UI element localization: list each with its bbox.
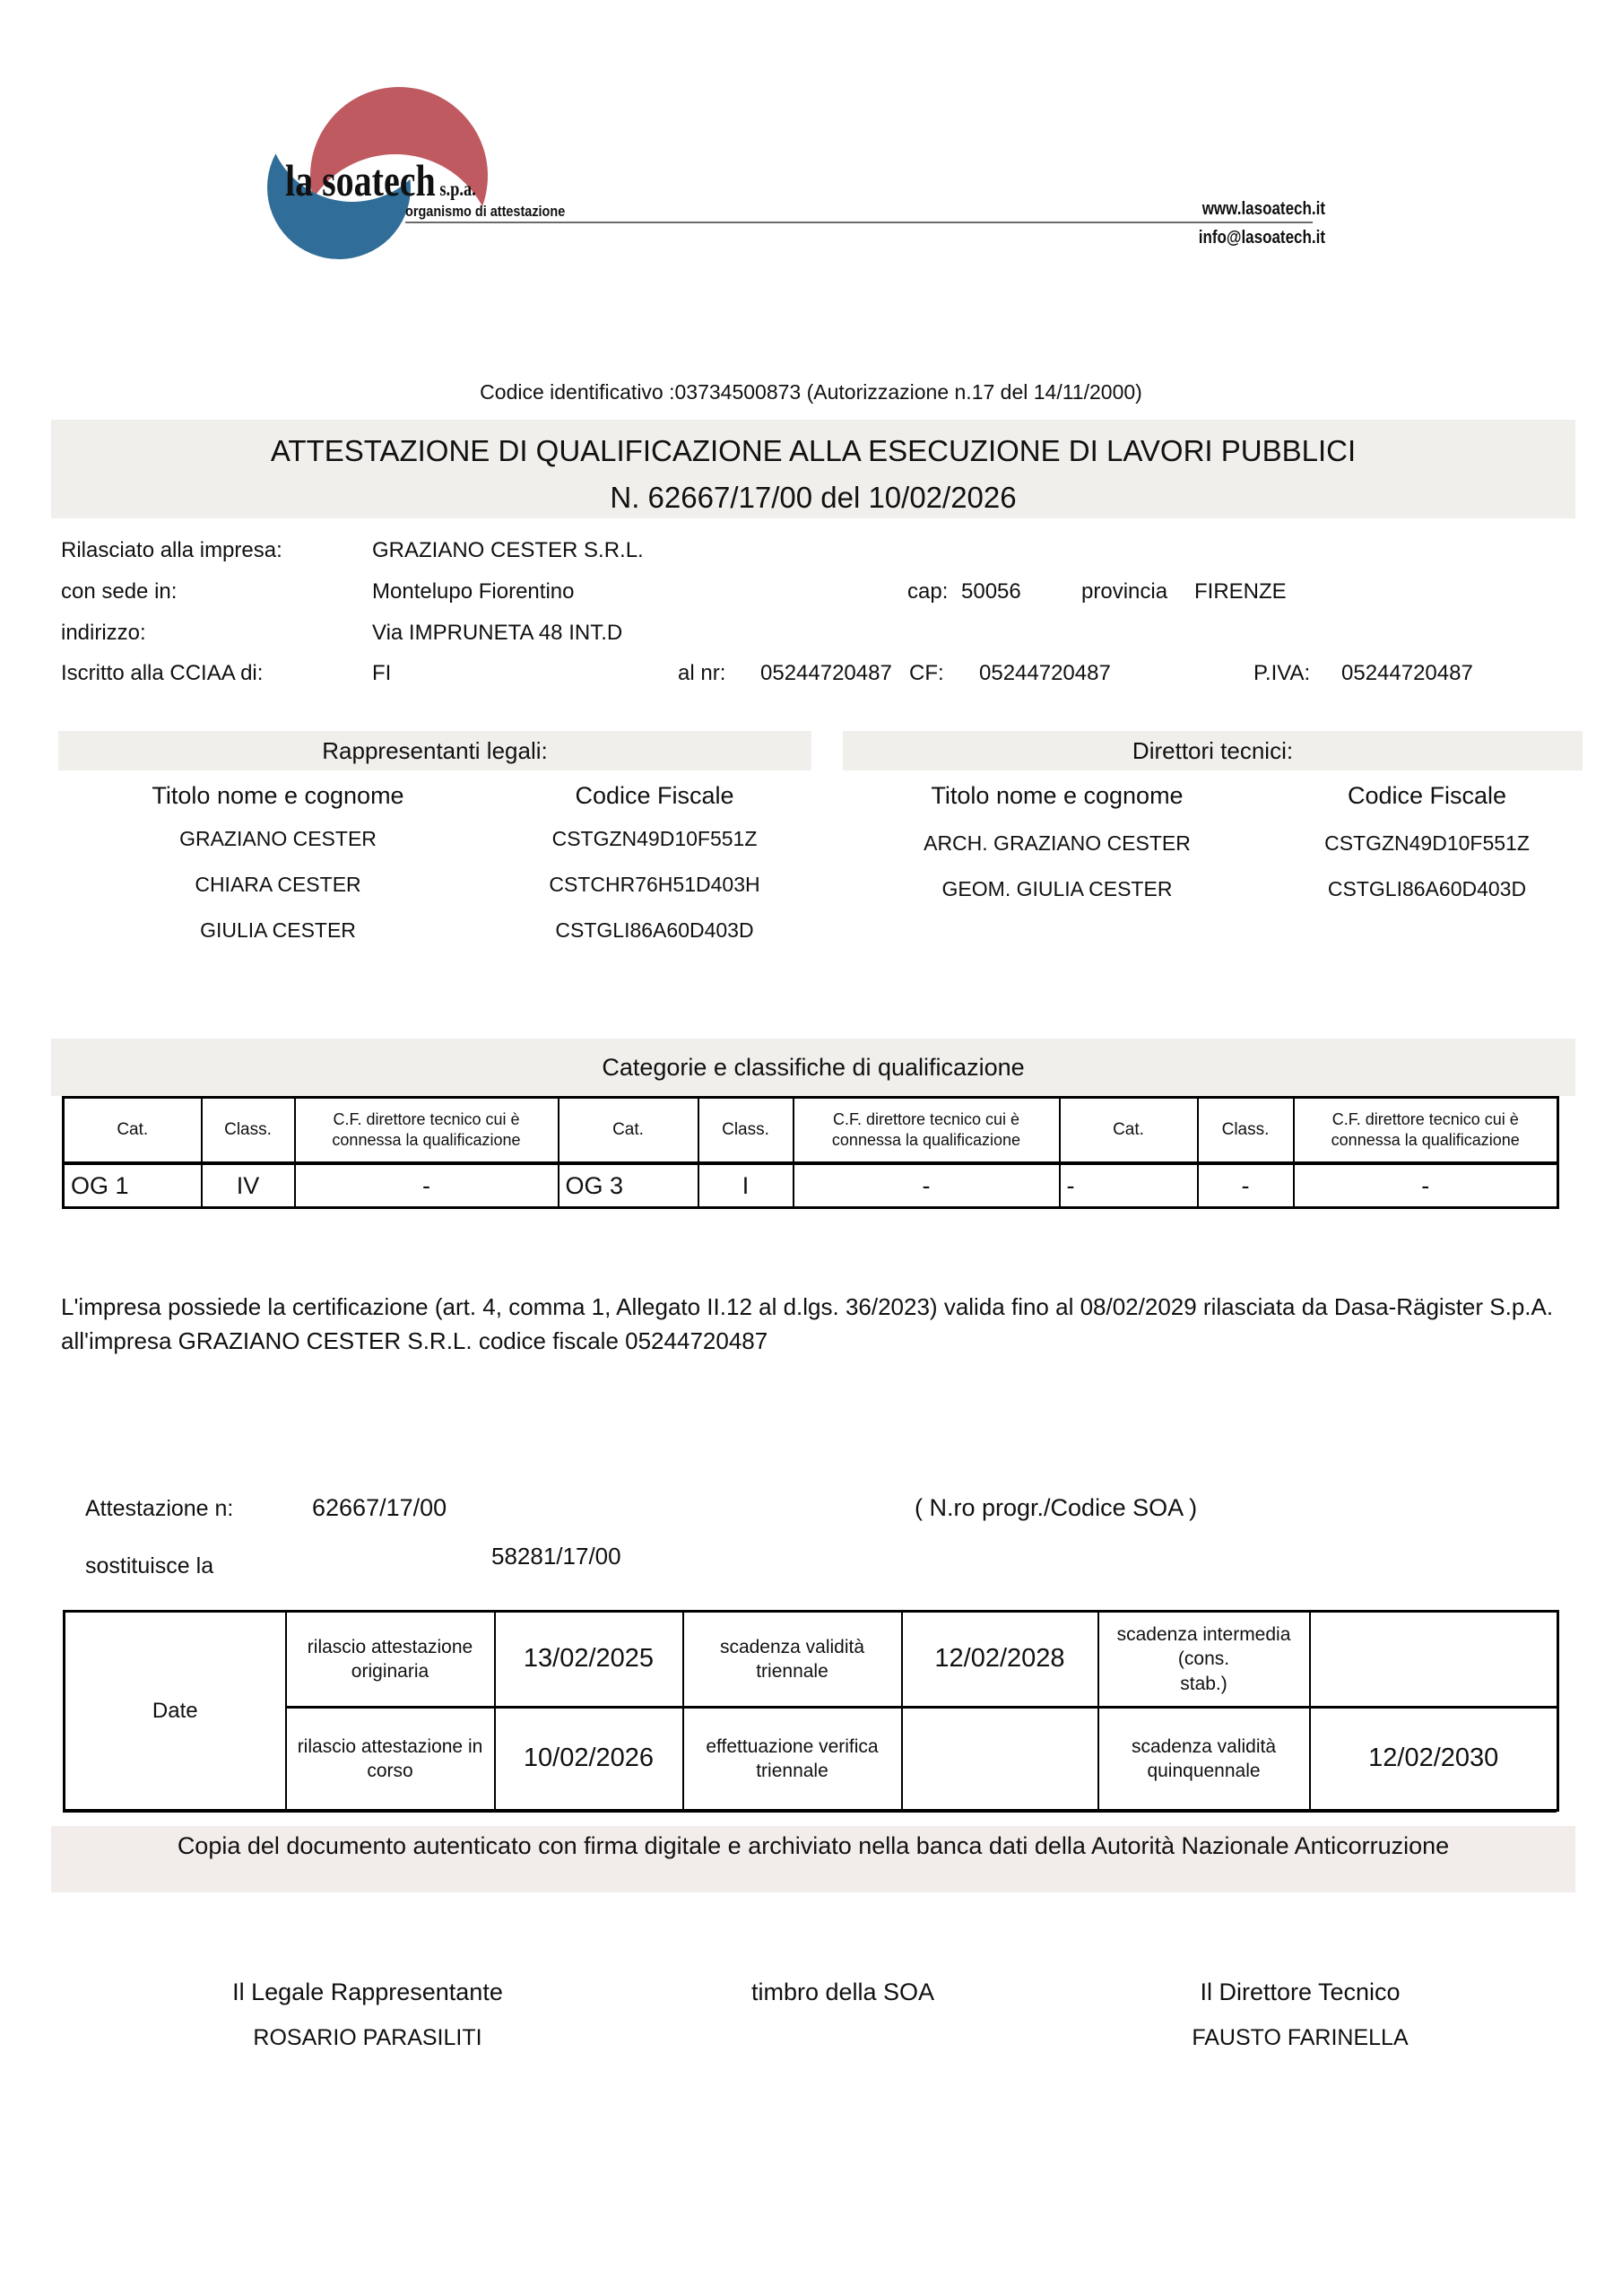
- header-website[interactable]: www.lasoatech.it: [1151, 199, 1325, 220]
- legal-rep-name: GRAZIANO CESTER: [58, 827, 498, 851]
- scadenza-triennale-label: scadenza validità triennale: [683, 1612, 902, 1708]
- tech-dir-cf: CSTGLI86A60D403D: [1271, 877, 1583, 901]
- cap-label: cap:: [907, 579, 948, 604]
- piva-label: P.IVA:: [1253, 661, 1310, 686]
- col-cf: C.F. direttore tecnico cui è connessa la…: [794, 1098, 1060, 1164]
- class-value: IV: [202, 1163, 295, 1208]
- categories-title-band: Categorie e classifiche di qualificazion…: [51, 1039, 1575, 1096]
- col-cf: C.F. direttore tecnico cui è connessa la…: [295, 1098, 559, 1164]
- legal-rep-cf: CSTGLI86A60D403D: [498, 918, 811, 943]
- col-cf: C.F. direttore tecnico cui è connessa la…: [1294, 1098, 1558, 1164]
- provincia-value: FIRENZE: [1194, 579, 1287, 604]
- rilascio-in-corso-label: rilascio attestazione in corso: [286, 1708, 495, 1811]
- scadenza-intermedia-date: [1310, 1612, 1558, 1708]
- legal-reps-title-band: Rappresentanti legali:: [58, 731, 811, 770]
- legal-reps-col-name: Titolo nome e cognome: [58, 782, 498, 810]
- col-cat: Cat.: [64, 1098, 202, 1164]
- cciaa-value: FI: [372, 661, 391, 686]
- categories-data-row: OG 1 IV - OG 3 I - - - -: [64, 1163, 1558, 1208]
- city-label: con sede in:: [61, 579, 177, 604]
- cat-value: OG 1: [64, 1163, 202, 1208]
- document-number-line: N. 62667/17/00 del 10/02/2026: [51, 468, 1575, 515]
- cciaa-label: Iscritto alla CCIAA di:: [61, 661, 263, 686]
- provincia-label: provincia: [1081, 579, 1167, 604]
- cf-value: -: [1294, 1163, 1558, 1208]
- cf-value: 05244720487: [979, 661, 1111, 686]
- certification-paragraph: L'impresa possiede la certificazione (ar…: [61, 1290, 1581, 1358]
- title-band: ATTESTAZIONE DI QUALIFICAZIONE ALLA ESEC…: [51, 420, 1575, 518]
- tech-dirs-col-name: Titolo nome e cognome: [843, 782, 1271, 810]
- tech-dir-cf: CSTGZN49D10F551Z: [1271, 831, 1583, 856]
- logo-tagline: organismo di attestazione: [405, 203, 565, 221]
- attestation-label: Attestazione n:: [85, 1496, 233, 1522]
- scadenza-intermedia-label: scadenza intermedia (cons. stab.): [1098, 1612, 1310, 1708]
- piva-value: 05244720487: [1341, 661, 1473, 686]
- legal-reps-table: Rappresentanti legali: Titolo nome e cog…: [58, 731, 811, 955]
- scadenza-triennale-date: 12/02/2028: [902, 1612, 1098, 1708]
- cf-label: CF:: [909, 661, 944, 686]
- legal-rep-role-label: Il Legale Rappresentante: [134, 1979, 601, 2006]
- dates-row-2: rilascio attestazione in corso 10/02/202…: [65, 1708, 1558, 1811]
- soa-stamp-label: timbro della SOA: [664, 1979, 1022, 2006]
- tech-dir-signature-name: FAUSTO FARINELLA: [1067, 2025, 1533, 2051]
- cat-value: OG 3: [559, 1163, 698, 1208]
- legal-rep-name: CHIARA CESTER: [58, 873, 498, 897]
- alnr-label: al nr:: [678, 661, 725, 686]
- header-email[interactable]: info@lasoatech.it: [1151, 228, 1325, 248]
- rilascio-originaria-date: 13/02/2025: [495, 1612, 683, 1708]
- scadenza-intermedia-line: scadenza intermedia: [1105, 1622, 1304, 1647]
- cf-value: -: [295, 1163, 559, 1208]
- company-row-cciaa: Iscritto alla CCIAA di: FI al nr: 052447…: [0, 661, 1622, 688]
- attestation-number: 62667/17/00: [312, 1494, 447, 1522]
- cf-value: -: [794, 1163, 1060, 1208]
- col-class: Class.: [1198, 1098, 1294, 1164]
- scadenza-quinquennale-label: scadenza validità quinquennale: [1098, 1708, 1310, 1811]
- legal-rep-signature-name: ROSARIO PARASILITI: [134, 2025, 601, 2051]
- dates-table-underline: [63, 1811, 1557, 1813]
- issued-to-label: Rilasciato alla impresa:: [61, 538, 282, 563]
- verifica-triennale-date: [902, 1708, 1098, 1811]
- rilascio-in-corso-date: 10/02/2026: [495, 1708, 683, 1811]
- company-row-issued-to: Rilasciato alla impresa: GRAZIANO CESTER…: [0, 538, 1622, 565]
- tech-dir-role-label: Il Direttore Tecnico: [1067, 1979, 1533, 2006]
- replaced-number: 58281/17/00: [491, 1543, 621, 1570]
- legal-reps-col-cf: Codice Fiscale: [498, 782, 811, 810]
- tech-dir-name: ARCH. GRAZIANO CESTER: [843, 831, 1271, 856]
- verifica-triennale-label: effettuazione verifica triennale: [683, 1708, 902, 1811]
- class-value: -: [1198, 1163, 1294, 1208]
- rilascio-originaria-label: rilascio attestazione originaria: [286, 1612, 495, 1708]
- tech-dirs-col-cf: Codice Fiscale: [1271, 782, 1583, 810]
- dates-row-label: Date: [65, 1612, 286, 1811]
- attestation-note: ( N.ro progr./Codice SOA ): [915, 1494, 1197, 1522]
- document-title: ATTESTAZIONE DI QUALIFICAZIONE ALLA ESEC…: [51, 420, 1575, 468]
- company-city: Montelupo Fiorentino: [372, 579, 574, 604]
- replaces-label: sostituisce la: [85, 1553, 213, 1579]
- categories-table: Cat. Class. C.F. direttore tecnico cui è…: [62, 1096, 1559, 1209]
- address-label: indirizzo:: [61, 621, 146, 646]
- logo-name: la soatech: [285, 155, 436, 205]
- cat-value: -: [1060, 1163, 1198, 1208]
- company-row-address: indirizzo: Via IMPRUNETA 48 INT.D: [0, 621, 1622, 648]
- categories-header-row: Cat. Class. C.F. direttore tecnico cui è…: [64, 1098, 1558, 1164]
- scadenza-intermedia-line: stab.): [1105, 1672, 1304, 1696]
- legal-rep-name: GIULIA CESTER: [58, 918, 498, 943]
- col-cat: Cat.: [559, 1098, 698, 1164]
- alnr-value: 05244720487: [760, 661, 892, 686]
- company-name: GRAZIANO CESTER S.R.L.: [372, 538, 644, 563]
- col-cat: Cat.: [1060, 1098, 1198, 1164]
- header-divider: [405, 222, 1313, 223]
- tech-dirs-table: Direttori tecnici: Titolo nome e cognome…: [843, 731, 1583, 955]
- class-value: I: [698, 1163, 794, 1208]
- legal-rep-cf: CSTCHR76H51D403H: [498, 873, 811, 897]
- dates-row-1: Date rilascio attestazione originaria 13…: [65, 1612, 1558, 1708]
- attestation-document: la soatech s.p.a. organismo di attestazi…: [0, 0, 1622, 2296]
- codice-identificativo-line: Codice identificativo :03734500873 (Auto…: [0, 380, 1622, 404]
- col-class: Class.: [202, 1098, 295, 1164]
- tech-dir-name: GEOM. GIULIA CESTER: [843, 877, 1271, 901]
- col-class: Class.: [698, 1098, 794, 1164]
- cap-value: 50056: [961, 579, 1021, 604]
- tech-dirs-title-band: Direttori tecnici:: [843, 731, 1583, 770]
- legal-rep-cf: CSTGZN49D10F551Z: [498, 827, 811, 851]
- company-address: Via IMPRUNETA 48 INT.D: [372, 621, 622, 646]
- dates-table: Date rilascio attestazione originaria 13…: [63, 1610, 1559, 1812]
- company-row-city: con sede in: Montelupo Fiorentino cap: 5…: [0, 579, 1622, 606]
- scadenza-quinquennale-date: 12/02/2030: [1310, 1708, 1558, 1811]
- footer-note-band: Copia del documento autenticato con firm…: [51, 1826, 1575, 1892]
- scadenza-intermedia-line: (cons.: [1105, 1647, 1304, 1671]
- logo-suffix: s.p.a.: [436, 178, 476, 200]
